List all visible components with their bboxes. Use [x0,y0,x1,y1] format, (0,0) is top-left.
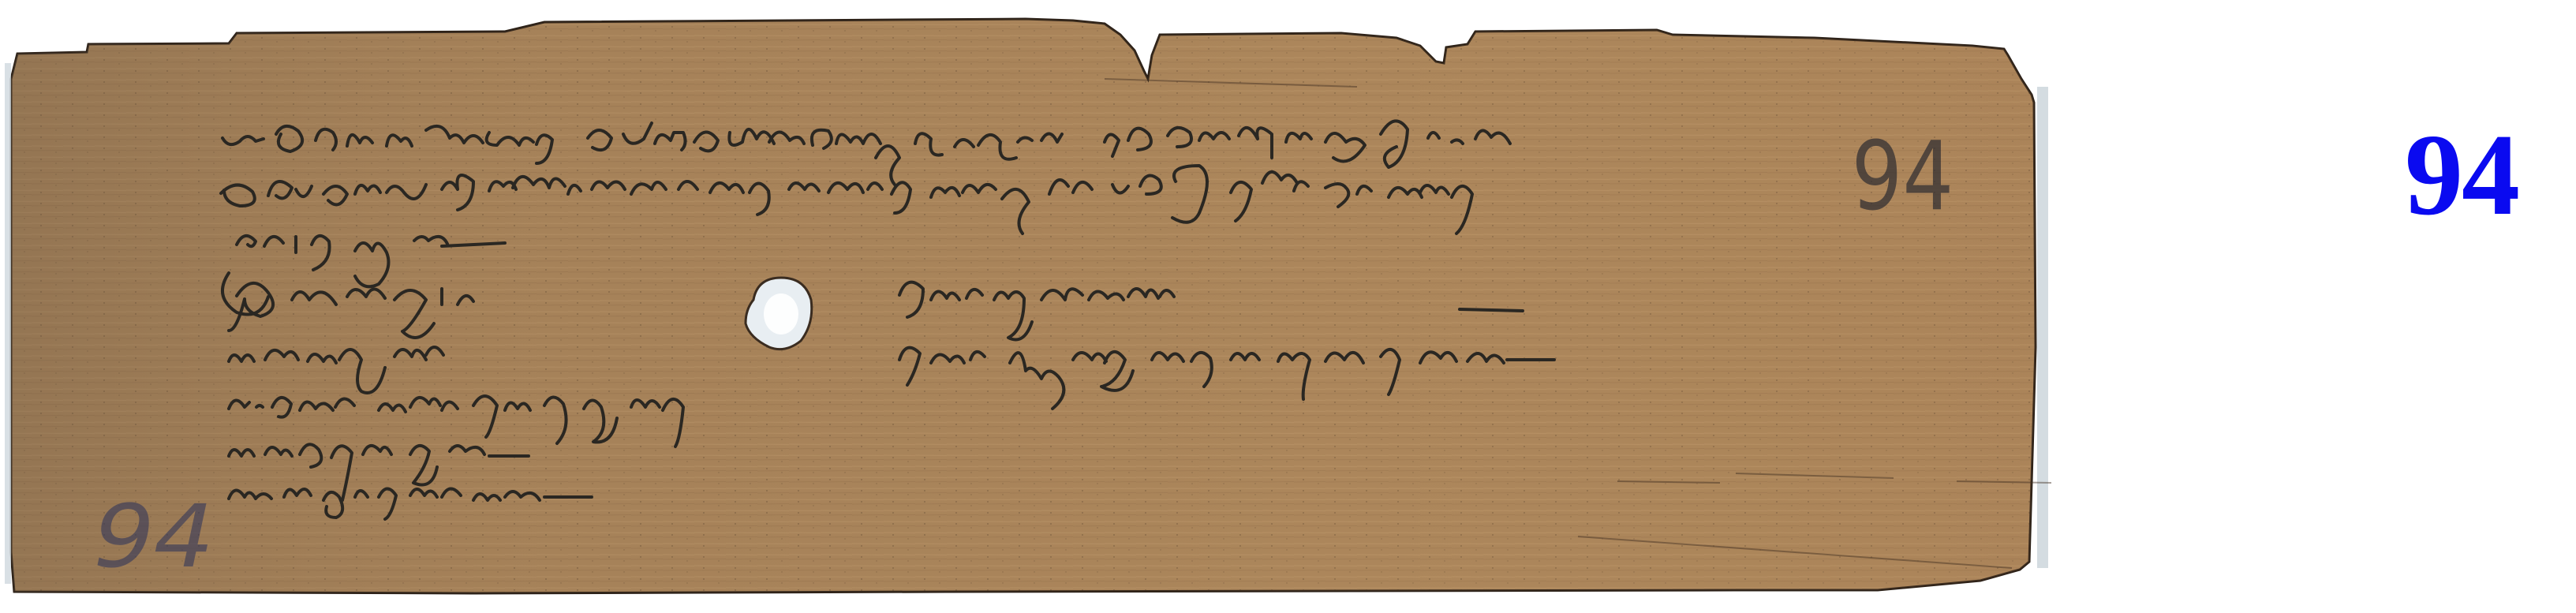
palm-leaf [0,0,2576,613]
margin-annotation-bottom-left: 94 [84,493,223,580]
manuscript-scan: 94 94 94 [0,0,2576,613]
margin-annotation-top-right: 94 [1851,130,1953,225]
folio-number: 94 [2405,117,2518,234]
